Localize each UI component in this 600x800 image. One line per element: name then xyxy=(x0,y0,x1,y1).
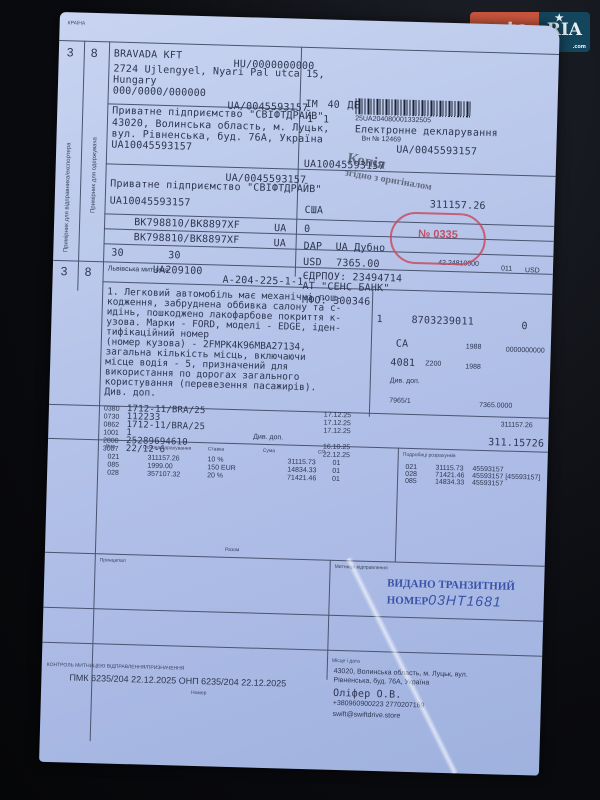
quota: 0000000000 xyxy=(506,347,545,355)
document-value: 1712-11/BRA/25 xyxy=(126,420,205,432)
tax-type: 085 xyxy=(107,462,119,469)
payment-type: 085 xyxy=(405,478,417,485)
side-label-sender: Примірник для відправника/експортера xyxy=(63,142,72,252)
signatory-email: swift@swiftdrive.store xyxy=(332,711,400,720)
procedure-code-2: Z200 xyxy=(425,360,441,367)
hs-sub: 11 xyxy=(461,316,474,327)
documents-note: Див. доп. xyxy=(253,434,283,442)
hs-code: 87032390 xyxy=(411,315,461,327)
transport-code-b: 30 xyxy=(168,250,181,261)
tax-sum: 31115.73 xyxy=(287,459,315,467)
signatory-phone: +380960900223 2770207169 xyxy=(333,700,425,710)
responsible-id: UA10045593157 xyxy=(110,195,191,208)
currency-2: USD xyxy=(525,267,540,274)
invoice-total: 311157.26 xyxy=(430,199,486,212)
invoice-currency: USD xyxy=(303,257,322,269)
control-text: ПМК 6235/204 22.12.2025 ОНП 6235/204 22.… xyxy=(69,673,286,689)
tax-base: 1999.00 xyxy=(147,463,172,471)
transaction-code: 011 xyxy=(501,265,512,272)
document-code: 1001 xyxy=(103,429,119,436)
reference-number: Вн № 12469 xyxy=(361,135,401,143)
tax-sum: 14834.33 xyxy=(287,467,316,475)
form-code-1: IM xyxy=(305,99,318,110)
customs-office-code: UA209100 xyxy=(153,265,203,277)
sender-name: BRAVADA KFT xyxy=(114,49,183,62)
decl-type-1: 3 xyxy=(67,45,74,59)
barcode xyxy=(355,98,470,117)
hs-extra: 0 xyxy=(521,321,528,332)
transit-number: 03НТ1681 xyxy=(428,592,502,610)
tax-header: Вид xyxy=(106,443,115,449)
tax-sp: 01 xyxy=(332,476,340,483)
payment-doc: 45593157 xyxy=(472,480,503,488)
transport-code-a: 30 xyxy=(111,248,124,259)
item-price: 7365.0000 xyxy=(479,402,512,410)
tax-rate: 150 EUR xyxy=(207,464,236,472)
pages-1: 1 xyxy=(307,114,314,125)
tax-type: 028 xyxy=(107,469,119,476)
red-seal-stamp: № 0335 xyxy=(389,211,486,266)
receiver-id: UA10045593157 xyxy=(111,139,192,152)
place-label: Місце і дата xyxy=(332,658,360,665)
origin-code: CA xyxy=(396,339,409,350)
extra-info: Див. доп. xyxy=(390,377,420,385)
barcode-number: 25UA204080001332505 xyxy=(355,115,431,124)
transport-departure-country: UA xyxy=(274,223,287,234)
declarant-code: UA/0045593157 xyxy=(396,144,477,157)
transport-border-country: UA xyxy=(273,238,286,249)
tax-sp: 01 xyxy=(332,468,340,475)
tax-total-label: Разом xyxy=(225,547,240,553)
copy-stamp: Копія згідно з оригіналом xyxy=(344,151,457,197)
net-weight: 1988 xyxy=(465,363,481,370)
tax-type: 021 xyxy=(107,454,119,461)
responsible-code: UA/0045593157 xyxy=(225,173,306,186)
tax-header: Сума xyxy=(263,448,275,454)
invoice-amount: 7365.00 xyxy=(336,258,380,270)
item-number: 1 xyxy=(376,314,383,325)
tax-base: 357107.32 xyxy=(147,471,180,479)
destination-office-label: Митниця відправлення xyxy=(335,564,388,571)
control-number-label: Номер xyxy=(191,690,207,696)
decl-type-2: 8 xyxy=(91,46,98,60)
transit-number-label: НОМЕР xyxy=(387,594,429,607)
goods-description: 1. Легковий автомобіль має механічні пош… xyxy=(104,287,341,404)
document-code: 0380 xyxy=(104,405,120,412)
decl-type-2-lower: 8 xyxy=(85,265,92,279)
delivery-place: UA Дубно xyxy=(335,242,385,254)
star-icon: ★ xyxy=(555,13,564,24)
procedure-code: 4081 xyxy=(390,357,415,369)
form-code-2: 40 xyxy=(327,100,340,111)
document-date: 16.10.25 xyxy=(323,444,350,452)
supplementary-units: 7965/1 xyxy=(389,397,411,405)
decl-type-1-lower: 3 xyxy=(61,264,68,278)
tax-header: Ставка xyxy=(208,446,225,452)
side-label-receiver: Примірник для одержувача xyxy=(90,137,98,213)
delivery-terms: DAP xyxy=(303,241,322,253)
principal-label: Принципал xyxy=(100,557,126,564)
tax-header: СП xyxy=(318,449,325,455)
goods-location: A-204-225-1-1 xyxy=(222,275,303,288)
receiver-code: UA/0045593157 xyxy=(227,101,308,114)
country-label: КРАЇНА xyxy=(68,20,86,26)
tax-rate: 10 % xyxy=(207,456,223,463)
tax-base: 311157.26 xyxy=(147,455,179,463)
pages-2: 1 xyxy=(323,114,330,125)
control-title: КОНТРОЛЬ МИТНИЦЕЮ ВІДПРАВЛЕННЯ/ПРИЗНАЧЕН… xyxy=(47,662,185,672)
customs-value: 311157.26 xyxy=(501,421,533,429)
tax-rate: 20 % xyxy=(207,472,223,479)
container-flag: 0 xyxy=(304,224,311,235)
signatory-name: Олiфер О.В. xyxy=(333,688,402,701)
payments-title: Подробиці розрахунків xyxy=(403,452,456,459)
payment-sum: 14834.33 xyxy=(435,479,464,487)
document-code: 0862 xyxy=(103,421,119,428)
transit-stamp: ВИДАНО ТРАНЗИТНИЙ НОМЕР03НТ1681 xyxy=(386,576,515,612)
sender-number: 000/0000/000000 xyxy=(113,86,207,100)
document-code: 0730 xyxy=(104,413,120,420)
document-date: 22.12.25 xyxy=(323,452,350,460)
origin-country: США xyxy=(304,205,323,217)
logo-domain: .com xyxy=(572,44,586,50)
customs-declaration-document: КРАЇНА 3 8 3 8 Примірник для відправника… xyxy=(39,12,560,776)
document-date: 17.12.25 xyxy=(324,412,351,420)
gross-weight: 1988 xyxy=(466,343,482,350)
document-date: 17.12.25 xyxy=(323,428,350,436)
document-date: 17.12.25 xyxy=(324,420,351,428)
statistical-value: 311.15726 xyxy=(488,437,544,450)
tax-sp: 01 xyxy=(332,460,340,467)
tax-sum: 71421.46 xyxy=(287,475,316,483)
